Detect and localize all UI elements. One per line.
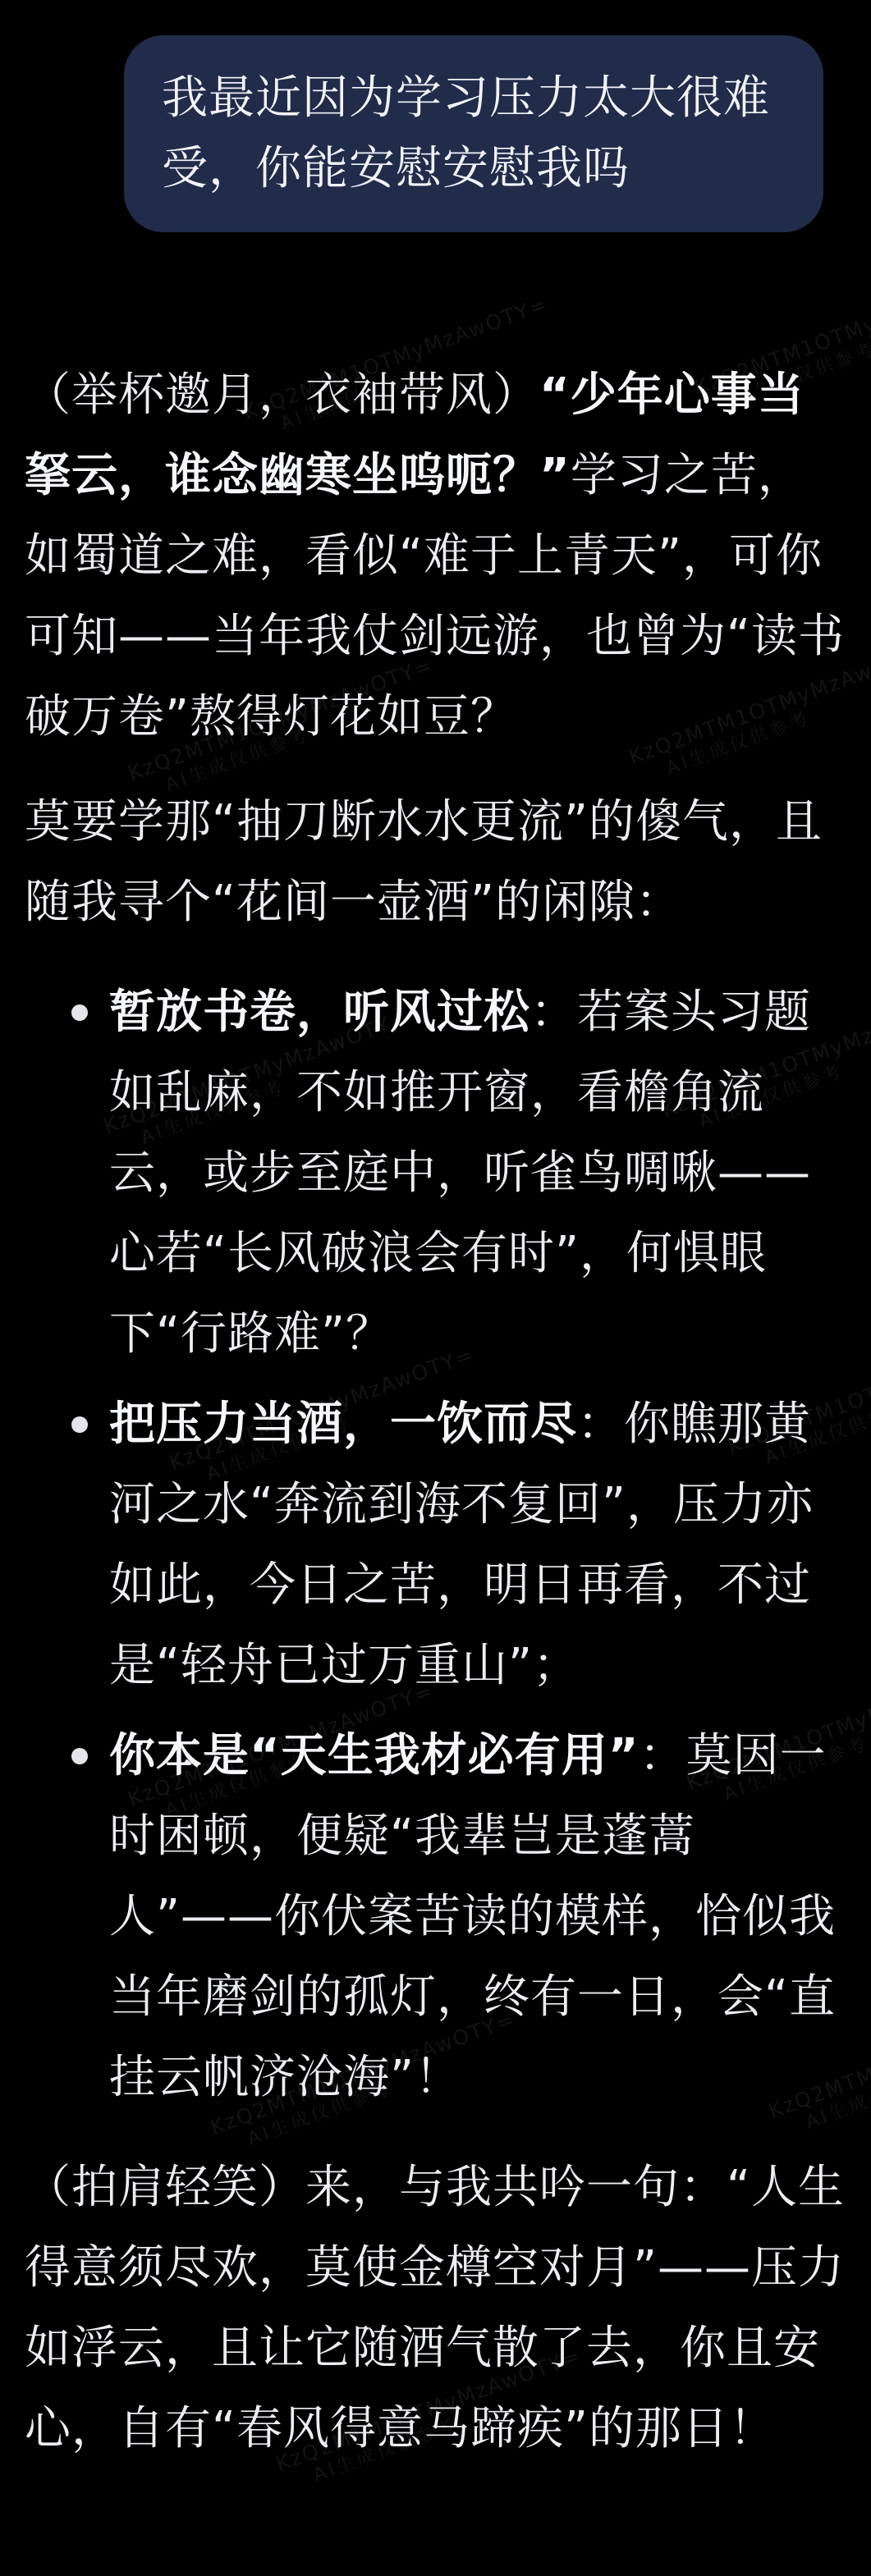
- assistant-paragraph-closing: （拍肩轻笑）来，与我共吟一句：“人生得意须尽欢，莫使金樽空对月”——压力如浮云，…: [25, 2148, 846, 2469]
- bullet-body: ：莫因一时困顿，便疑“我辈岂是蓬蒿人”——你伏案苦读的模样，恰似我当年磨剑的孤灯…: [109, 1729, 836, 2104]
- bullet-head: 暂放书卷，听风过松: [109, 986, 530, 1039]
- chat-thread: 我最近因为学习压力太大很难受，你能安慰安慰我吗 （举杯邀月，衣袖带风）“少年心事…: [0, 0, 871, 2469]
- bullet-dot-icon: [71, 1748, 88, 1764]
- bullet-dot-icon: [71, 1416, 88, 1433]
- assistant-paragraph-transition: 莫要学那“抽刀断水水更流”的傻气，且随我寻个“花间一壶酒”的闲隙：: [25, 782, 846, 943]
- user-message-row: 我最近因为学习压力太大很难受，你能安慰安慰我吗: [0, 0, 871, 232]
- bullet-item: 暂放书卷，听风过松：若案头习题如乱麻，不如推开窗，看檐角流云，或步至庭中，听雀鸟…: [109, 972, 838, 1375]
- bullet-item: 把压力当酒，一饮而尽：你瞧那黄河之水“奔流到海不复回”，压力亦如此，今日之苦，明…: [109, 1384, 838, 1706]
- bullet-dot-icon: [71, 1004, 88, 1021]
- bullet-list: 暂放书卷，听风过松：若案头习题如乱麻，不如推开窗，看檐角流云，或步至庭中，听雀鸟…: [25, 972, 846, 2118]
- assistant-message: （举杯邀月，衣袖带风）“少年心事当拏云，谁念幽寒坐呜呃？”学习之苦，如蜀道之难，…: [0, 355, 871, 2469]
- user-message-text: 我最近因为学习压力太大很难受，你能安慰安慰我吗: [162, 71, 770, 195]
- bullet-body: ：若案头习题如乱麻，不如推开窗，看檐角流云，或步至庭中，听雀鸟啁啾——心若“长风…: [109, 986, 811, 1361]
- stage-direction-text: （举杯邀月，衣袖带风）: [25, 368, 539, 422]
- assistant-paragraph-opening: （举杯邀月，衣袖带风）“少年心事当拏云，谁念幽寒坐呜呃？”学习之苦，如蜀道之难，…: [25, 355, 846, 757]
- user-message-bubble: 我最近因为学习压力太大很难受，你能安慰安慰我吗: [124, 35, 823, 232]
- bullet-item: 你本是“天生我材必有用”：莫因一时困顿，便疑“我辈岂是蓬蒿人”——你伏案苦读的模…: [109, 1716, 838, 2118]
- bullet-head: 你本是“天生我材必有用”: [109, 1729, 639, 1782]
- bullet-head: 把压力当酒，一饮而尽: [109, 1398, 577, 1451]
